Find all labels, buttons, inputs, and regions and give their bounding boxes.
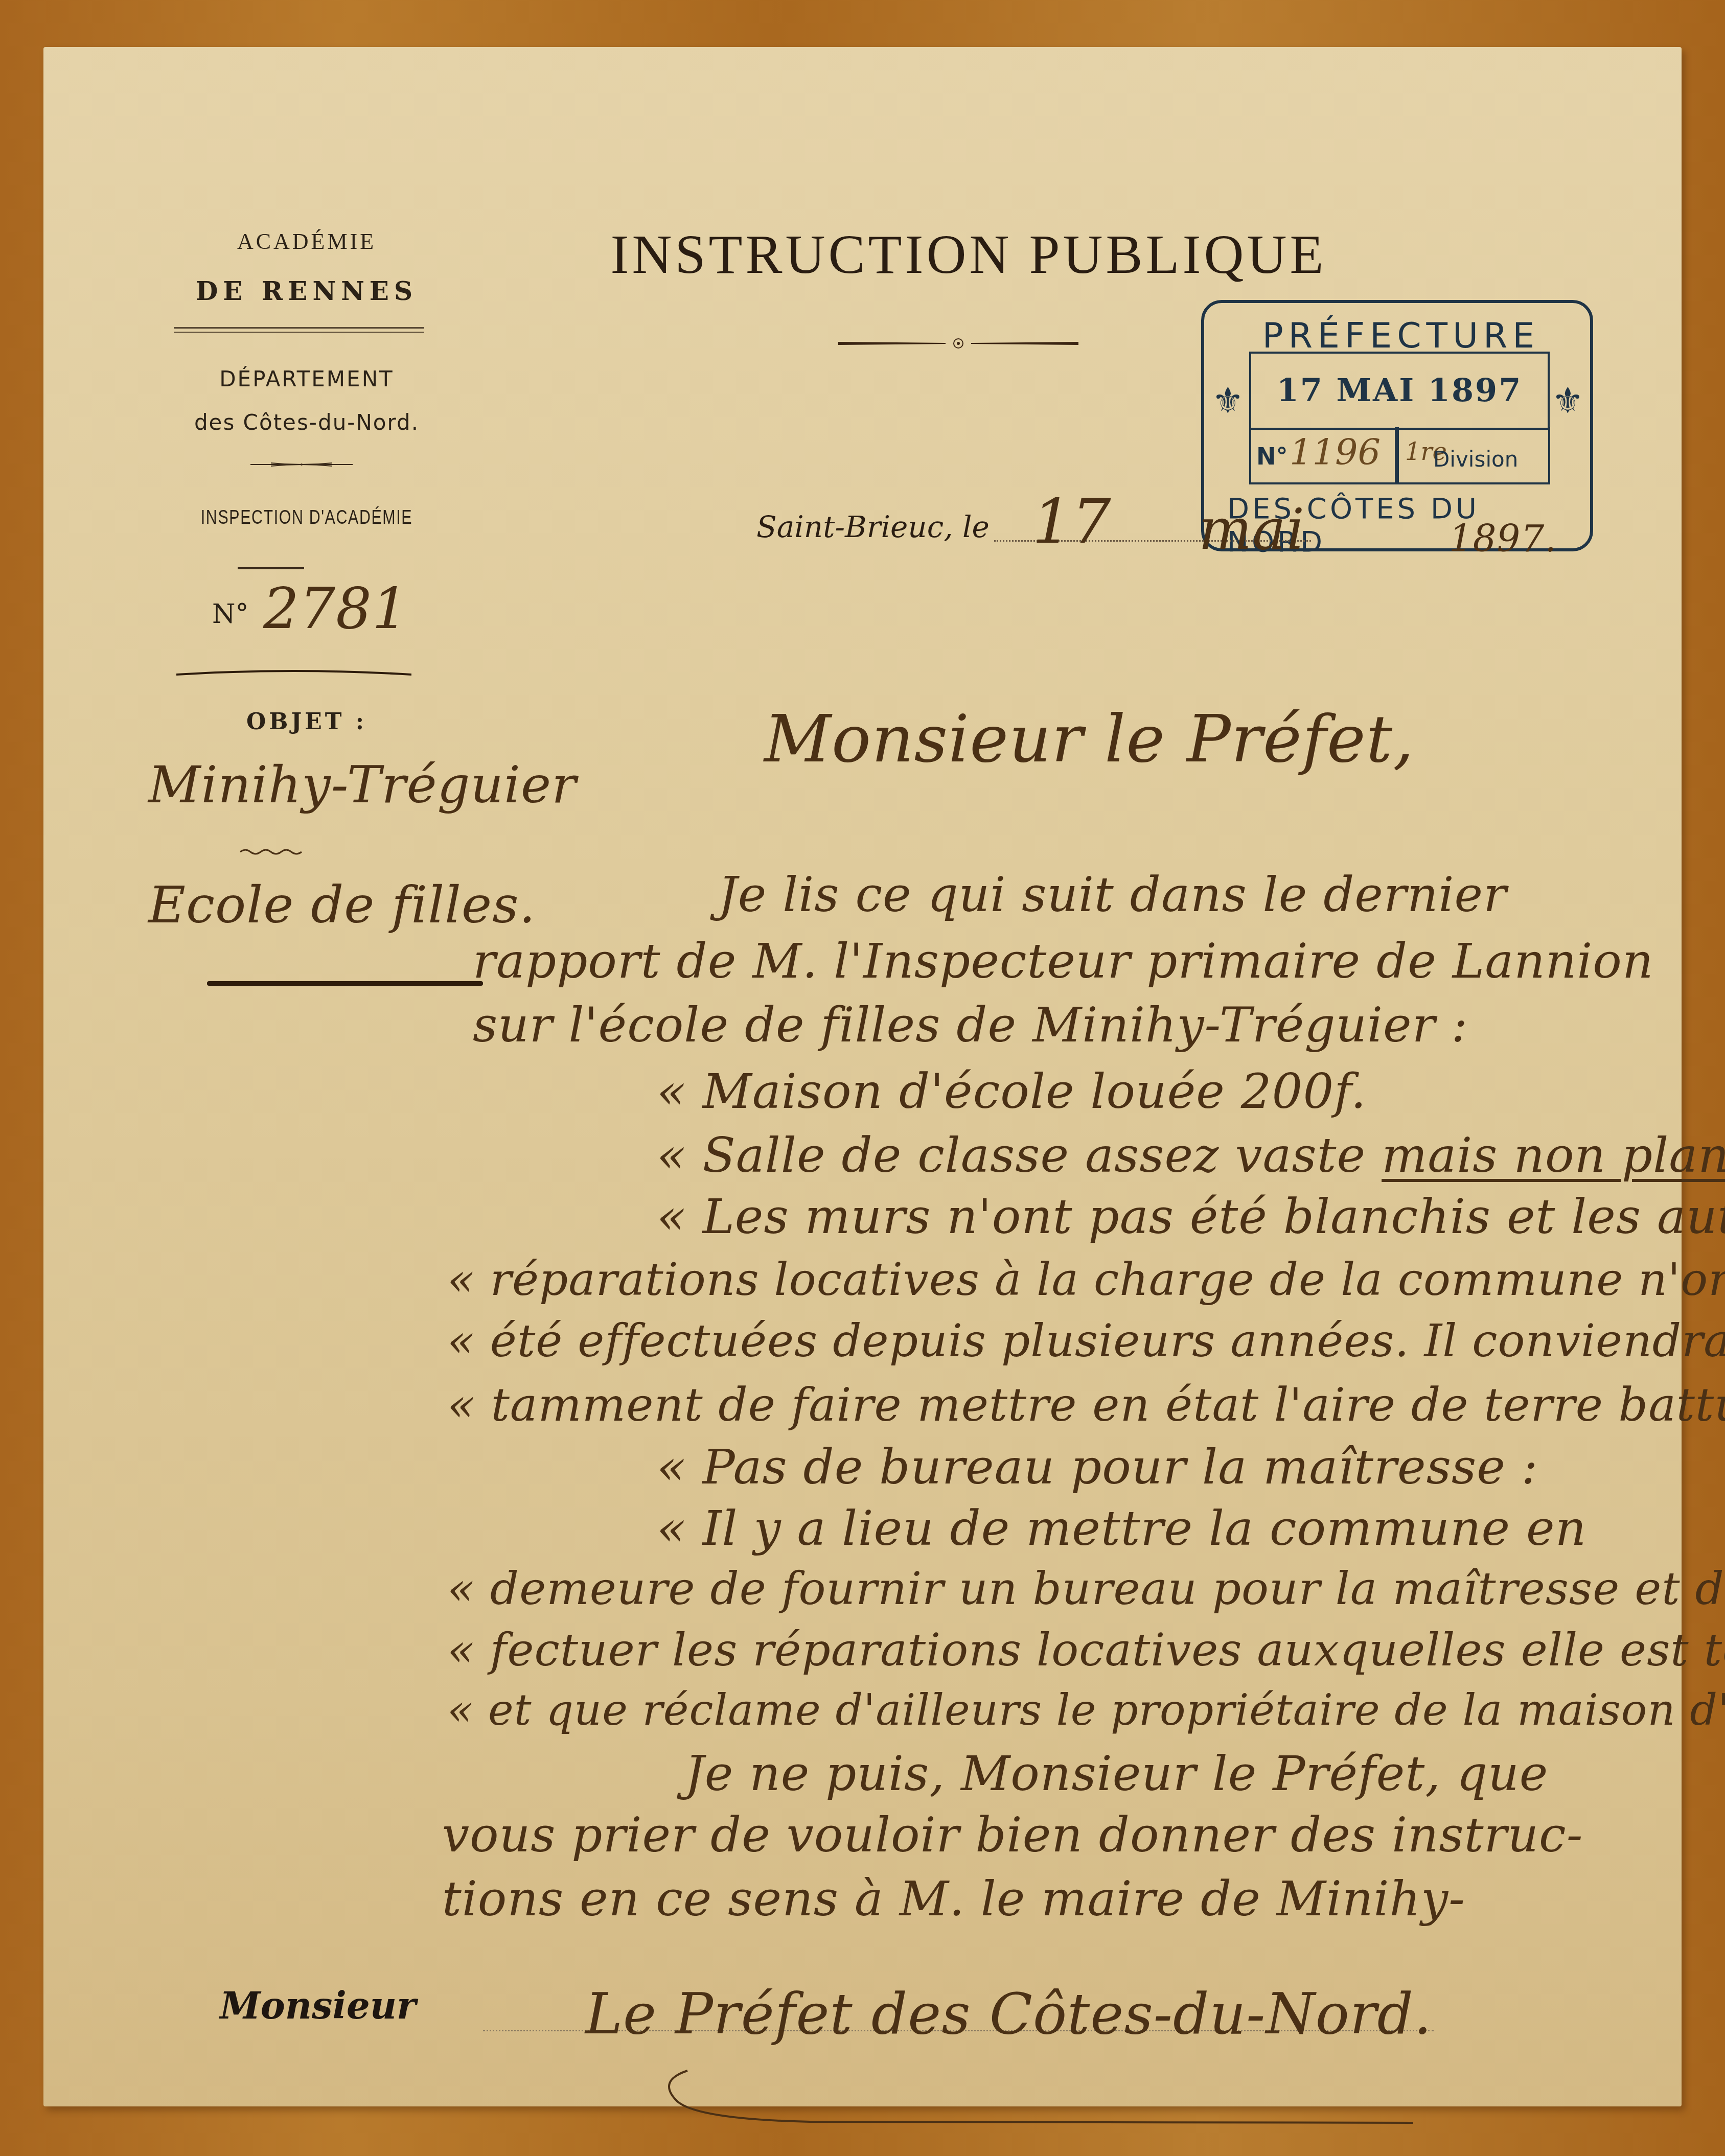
dateline-day: 17 bbox=[1032, 486, 1112, 558]
fleuron-icon: ⚜ bbox=[1552, 380, 1584, 422]
stamp-number-box: N° 1196 bbox=[1249, 427, 1399, 484]
thick-rule bbox=[207, 981, 483, 986]
double-rule bbox=[174, 327, 424, 333]
dateline-year: 1897. bbox=[1449, 517, 1557, 560]
body-line: « Maison d'école louée 200f. bbox=[657, 1064, 1367, 1120]
body-line: « Les murs n'ont pas été blanchis et les… bbox=[657, 1189, 1725, 1245]
body-line: « réparations locatives à la charge de l… bbox=[447, 1253, 1725, 1306]
body-line: sur l'école de filles de Minihy-Tréguier… bbox=[473, 998, 1468, 1053]
body-line: « tamment de faire mettre en état l'aire… bbox=[447, 1378, 1725, 1432]
addressee-label: Monsieur bbox=[220, 1984, 416, 2027]
objet-subject: Ecole de filles. bbox=[148, 875, 536, 935]
stamp-division-label: Division bbox=[1433, 447, 1518, 472]
body-line: « demeure de fournir un bureau pour la m… bbox=[447, 1562, 1725, 1615]
dateline-place: Saint-Brieuc, le bbox=[756, 509, 990, 544]
body-line: « été effectuées depuis plusieurs années… bbox=[447, 1314, 1725, 1367]
body-line: « Il y a lieu de mettre la commune en bbox=[657, 1501, 1586, 1557]
underlined-text: mais non planchéiée. bbox=[1382, 1128, 1725, 1184]
departement-label: DÉPARTEMENT bbox=[171, 366, 442, 391]
inspection-label: INSPECTION D'ACADÉMIE bbox=[198, 507, 415, 529]
stamp-date-box: 17 MAI 1897 bbox=[1249, 352, 1550, 430]
stamp-date: 17 MAI 1897 bbox=[1251, 372, 1548, 409]
numero-value: 2781 bbox=[263, 576, 408, 641]
body-text: « Salle de classe assez vaste bbox=[657, 1128, 1366, 1184]
letter-page: ACADÉMIE DE RENNES DÉPARTEMENT des Côtes… bbox=[43, 47, 1682, 2106]
body-line: « fectuer les réparations locatives auxq… bbox=[447, 1624, 1725, 1676]
dateline-month: mai bbox=[1199, 497, 1305, 562]
academie-rennes: DE RENNES bbox=[171, 276, 442, 306]
academie-label: ACADÉMIE bbox=[171, 228, 442, 254]
body-line: Je lis ce qui suit dans le dernier bbox=[718, 867, 1507, 923]
document-title: INSTRUCTION PUBLIQUE bbox=[595, 223, 1342, 287]
fleuron-icon: ⚜ bbox=[1212, 380, 1244, 422]
flourish-icon bbox=[657, 2066, 1413, 2127]
numero-label: N° bbox=[212, 599, 249, 630]
body-line: « Salle de classe assez vaste mais non p… bbox=[657, 1128, 1725, 1184]
swash-rule-icon bbox=[176, 665, 411, 681]
body-line: vous prier de vouloir bien donner des in… bbox=[442, 1807, 1583, 1863]
objet-place: Minihy-Tréguier bbox=[148, 755, 577, 815]
objet-label: OBJET : bbox=[171, 709, 442, 735]
body-line: « Pas de bureau pour la maîtresse : bbox=[657, 1440, 1538, 1495]
squiggle-icon bbox=[240, 847, 307, 857]
stamp-number-label: N° bbox=[1256, 443, 1288, 470]
body-line: rapport de M. l'Inspecteur primaire de L… bbox=[473, 934, 1654, 989]
title-ornament-icon bbox=[838, 336, 1078, 350]
small-rule bbox=[238, 567, 304, 569]
body-line: « et que réclame d'ailleurs le propriéta… bbox=[447, 1685, 1725, 1735]
body-line: Je ne puis, Monsieur le Préfet, que bbox=[685, 1746, 1548, 1802]
stamp-title: PRÉFECTURE bbox=[1245, 316, 1557, 356]
departement-name: des Côtes-du-Nord. bbox=[171, 410, 442, 435]
recipient: Le Préfet des Côtes-du-Nord. bbox=[585, 1981, 1432, 2047]
stamp-division-box: 1re Division bbox=[1395, 427, 1550, 484]
body-line: tions en ce sens à M. le maire de Minihy… bbox=[442, 1871, 1465, 1927]
salutation: Monsieur le Préfet, bbox=[764, 701, 1414, 777]
ornament-icon bbox=[250, 462, 353, 467]
stamp-number-value: 1196 bbox=[1290, 431, 1381, 473]
